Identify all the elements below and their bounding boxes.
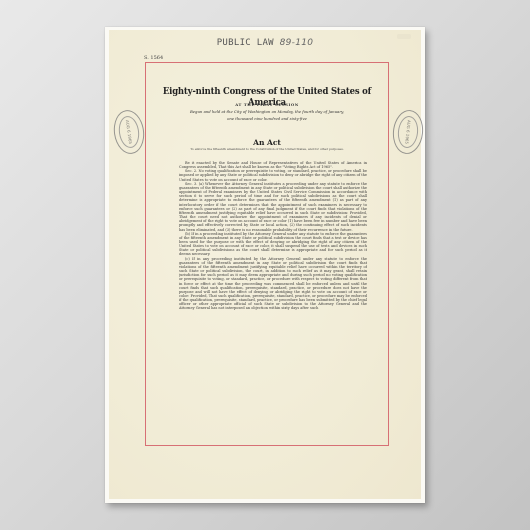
poster: PUBLIC LAW 89-110 S. 1564 AUG 6 1965 AUG… (105, 27, 425, 503)
begun-line: Begun and held at the City of Washington… (166, 109, 368, 122)
receipt-stamp-left: AUG 6 1965 (111, 108, 147, 156)
stamp-date: AUG 6 1965 (125, 120, 133, 144)
begun-line-1: Begun and held at the City of Washington… (166, 109, 368, 116)
body-paragraph: Be it enacted by the Senate and House of… (179, 161, 367, 169)
public-law-number: 89-110 (280, 38, 314, 48)
body-paragraph: Sec. 2. No voting qualification or prere… (179, 169, 367, 181)
public-law-header: PUBLIC LAW 89-110 (109, 38, 421, 48)
begun-line-2: one thousand nine hundred and sixty-five (166, 116, 368, 123)
session-line: AT THE FIRST SESSION (146, 102, 388, 107)
act-purpose: To enforce the fifteenth amendment to th… (178, 147, 356, 151)
bill-number: S. 1564 (144, 55, 163, 61)
body-paragraph: (c) If in any proceeding instituted by t… (179, 257, 367, 311)
receipt-stamp-right: AUG 6 1965 (391, 109, 425, 156)
stamp-date: AUG 6 1965 (404, 120, 411, 144)
act-heading: An Act (146, 138, 388, 147)
red-border-frame: Eighty-ninth Congress of the United Stat… (145, 62, 389, 446)
public-law-label: PUBLIC LAW (217, 38, 274, 48)
act-body: Be it enacted by the Senate and House of… (179, 161, 367, 397)
body-paragraph: Sec. 3. (a) Whenever the Attorney Genera… (179, 182, 367, 232)
body-paragraph: (b) If in a proceeding instituted by the… (179, 232, 367, 257)
document-paper: PUBLIC LAW 89-110 S. 1564 AUG 6 1965 AUG… (109, 30, 421, 499)
